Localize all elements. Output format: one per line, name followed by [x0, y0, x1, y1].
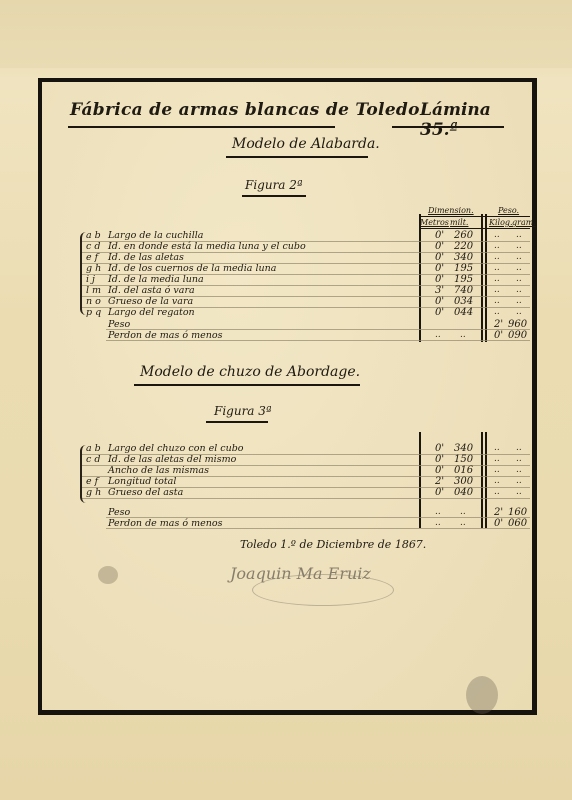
section1-figure-underline — [242, 195, 306, 197]
row-milimetros: 016 — [454, 465, 473, 476]
col-kilogramos: Kilog. — [489, 218, 513, 227]
section2-title-underline — [134, 384, 360, 386]
total-weight-label: Peso — [108, 507, 130, 518]
row-milimetros: 040 — [454, 487, 473, 498]
document-title: Fábrica de armas blancas de Toledo — [70, 100, 420, 120]
row-label: Id. de los cuernos de la media luna — [108, 263, 276, 274]
dim-col-right-rule — [481, 214, 483, 342]
ruled-line — [82, 498, 530, 499]
row-kg: .. — [494, 307, 500, 317]
tolerance-kg: 0' — [494, 518, 503, 529]
row-milimetros: 340 — [454, 252, 473, 263]
row-label: Grueso del asta — [108, 487, 183, 498]
row-letters: c d — [86, 454, 100, 465]
weight-col-left-rule — [485, 432, 487, 528]
row-label: Largo de la cuchilla — [108, 230, 203, 241]
weight-col-left-rule — [485, 214, 487, 342]
row-g: .. — [516, 476, 522, 486]
col-milimetros: milt. — [450, 218, 468, 227]
row-kg: .. — [494, 476, 500, 486]
col-metros: Metros — [420, 218, 449, 227]
dim-col-left-rule — [419, 432, 421, 528]
row-g: .. — [516, 241, 522, 251]
row-milimetros: 220 — [454, 241, 473, 252]
plate-underline — [392, 126, 504, 128]
section2-figure: Figura 3ª — [214, 404, 272, 418]
total-weight-label: Peso — [108, 319, 130, 330]
row-label: Largo del chuzo con el cubo — [108, 443, 244, 454]
row-kg: .. — [494, 252, 500, 262]
row-kg: .. — [494, 274, 500, 284]
row-milimetros: 150 — [454, 454, 473, 465]
row-g: .. — [516, 465, 522, 475]
row-kg: .. — [494, 285, 500, 295]
col-gramos: gram. — [512, 218, 536, 227]
row-metros: 0' — [435, 296, 444, 307]
row-letters: e f — [86, 476, 98, 487]
section1-title-underline — [226, 156, 368, 158]
weight-group-header: Peso. — [498, 206, 519, 215]
header-rule-bottom — [419, 228, 530, 229]
row-letters: g h — [86, 263, 101, 274]
tolerance-m: .. — [435, 330, 441, 340]
section1-figure: Figura 2ª — [245, 178, 303, 192]
row-label: Grueso de la vara — [108, 296, 193, 307]
row-g: .. — [516, 296, 522, 306]
tolerance-mm: .. — [460, 330, 466, 340]
section2-title: Modelo de chuzo de Abordage. — [140, 364, 360, 380]
row-g: .. — [516, 263, 522, 273]
row-letters: c d — [86, 241, 100, 252]
row-kg: .. — [494, 443, 500, 453]
row-kg: .. — [494, 454, 500, 464]
row-g: .. — [516, 285, 522, 295]
document-frame: Fábrica de armas blancas de Toledo Lámin… — [38, 78, 537, 715]
title-underline — [68, 126, 335, 128]
row-metros: 0' — [435, 252, 444, 263]
row-kg: .. — [494, 296, 500, 306]
row-milimetros: 195 — [454, 263, 473, 274]
row-label: Id. de las aletas — [108, 252, 184, 263]
row-label: Longitud total — [108, 476, 176, 487]
section2-figure-underline — [206, 421, 268, 423]
row-label: Id. del asta ó vara — [108, 285, 195, 296]
total-weight-kg: 2' — [494, 507, 503, 518]
row-letters: n o — [86, 296, 101, 307]
paper-top-margin — [0, 0, 572, 68]
tolerance-kg: 0' — [494, 330, 503, 341]
row-g: .. — [516, 230, 522, 240]
dimension-group-header: Dimension. — [428, 206, 474, 215]
row-g: .. — [516, 487, 522, 497]
row-milimetros: 740 — [454, 285, 473, 296]
row-milimetros: 340 — [454, 443, 473, 454]
row-kg: .. — [494, 230, 500, 240]
row-label: Largo del regaton — [108, 307, 195, 318]
row-kg: .. — [494, 465, 500, 475]
total-weight-mm: .. — [460, 507, 466, 517]
row-metros: 0' — [435, 307, 444, 318]
total-weight-g: 960 — [508, 319, 527, 330]
row-metros: 0' — [435, 454, 444, 465]
row-metros: 0' — [435, 241, 444, 252]
dim-col-right-rule — [481, 432, 483, 528]
row-label: Id. en donde está la media luna y el cub… — [108, 241, 306, 252]
row-g: .. — [516, 252, 522, 262]
row-letters: a b — [86, 230, 101, 241]
row-metros: 0' — [435, 263, 444, 274]
row-metros: 3' — [435, 285, 444, 296]
total-weight-kg: 2' — [494, 319, 503, 330]
row-kg: .. — [494, 263, 500, 273]
row-g: .. — [516, 274, 522, 284]
row-letters: p q — [86, 307, 101, 318]
row-milimetros: 044 — [454, 307, 473, 318]
tolerance-label: Perdon de mas ó menos — [108, 330, 222, 341]
row-letters: i j — [86, 274, 95, 285]
row-metros: 0' — [435, 274, 444, 285]
row-g: .. — [516, 307, 522, 317]
row-metros: 0' — [435, 443, 444, 454]
row-milimetros: 260 — [454, 230, 473, 241]
dim-col-left-rule — [419, 214, 421, 342]
document-date: Toledo 1.º de Diciembre de 1867. — [240, 538, 426, 551]
paper-stain — [466, 676, 498, 714]
row-kg: .. — [494, 487, 500, 497]
row-g: .. — [516, 454, 522, 464]
row-g: .. — [516, 443, 522, 453]
row-label: Ancho de las mismas — [108, 465, 209, 476]
tolerance-m: .. — [435, 518, 441, 528]
section1-title: Modelo de Alabarda. — [232, 136, 380, 152]
paper-stain — [98, 566, 118, 584]
row-label: Id. de la media luna — [108, 274, 204, 285]
row-kg: .. — [494, 241, 500, 251]
row-metros: 2' — [435, 476, 444, 487]
total-weight-m: .. — [435, 507, 441, 517]
row-metros: 0' — [435, 487, 444, 498]
tolerance-mm: .. — [460, 518, 466, 528]
signature-flourish — [252, 574, 394, 606]
row-letters: l m — [86, 285, 101, 296]
row-letters: a b — [86, 443, 101, 454]
row-milimetros: 195 — [454, 274, 473, 285]
row-label: Id. de las aletas del mismo — [108, 454, 236, 465]
plate-number: Lámina 35.ª — [420, 100, 532, 140]
row-letters: e f — [86, 252, 98, 263]
tolerance-g: 090 — [508, 330, 527, 341]
total-weight-g: 160 — [508, 507, 527, 518]
row-letters: g h — [86, 487, 101, 498]
tolerance-g: 060 — [508, 518, 527, 529]
row-milimetros: 034 — [454, 296, 473, 307]
row-metros: 0' — [435, 465, 444, 476]
row-metros: 0' — [435, 230, 444, 241]
tolerance-label: Perdon de mas ó menos — [108, 518, 222, 529]
row-milimetros: 300 — [454, 476, 473, 487]
header-rule-top — [419, 216, 530, 217]
